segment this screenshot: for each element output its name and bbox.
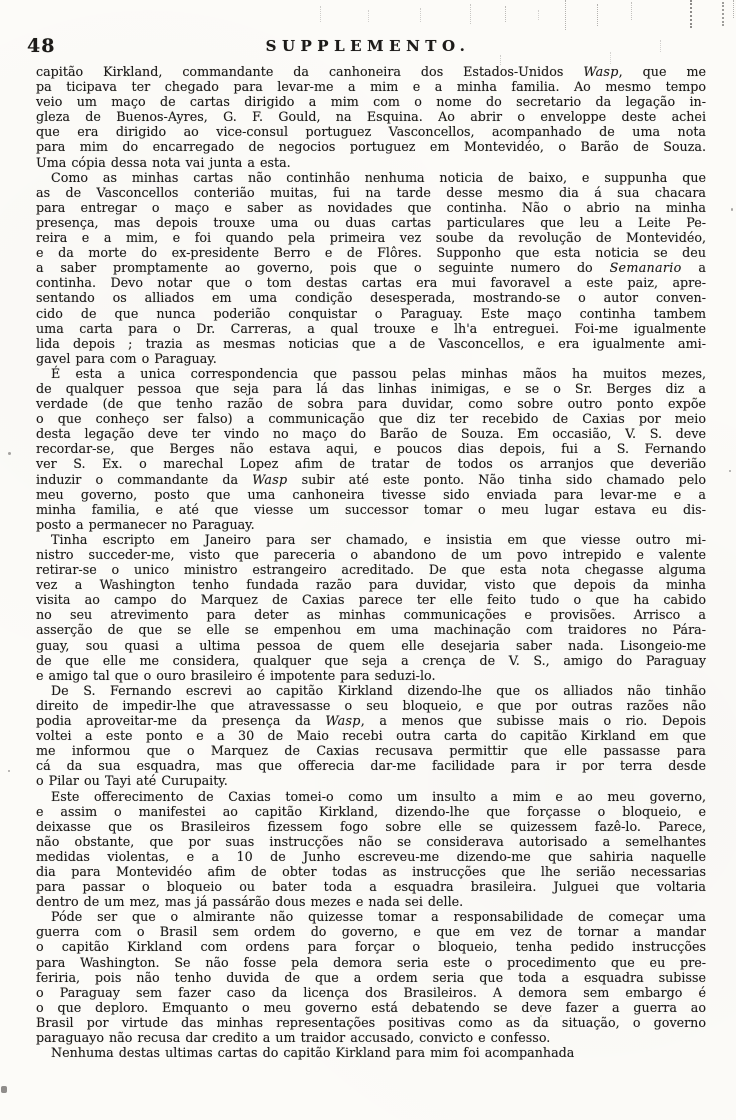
text-line: recordar-se, que Berges não estava aqui,… xyxy=(36,441,706,456)
scan-artifact xyxy=(733,0,734,18)
scan-artifact xyxy=(565,0,566,30)
paragraph: Nenhuma destas ultimas cartas do capitão… xyxy=(36,1045,706,1060)
scanned-document-page: 48 SUPPLEMENTO. capitão Kirkland, comman… xyxy=(0,0,736,1120)
text-line: guerra com o Brasil sem ordem do governo… xyxy=(36,924,706,939)
text-line: e assim o manifestei ao capitão Kirkland… xyxy=(36,804,706,819)
text-line: me informou que o Marquez de Caxias recu… xyxy=(36,743,706,758)
scan-speck xyxy=(8,770,10,772)
scan-artifact xyxy=(722,2,724,26)
text-line: dentro de um mez, mas já passárão dous m… xyxy=(36,894,706,909)
page-header-title: SUPPLEMENTO. xyxy=(0,34,736,55)
running-header: 48 SUPPLEMENTO. xyxy=(0,34,736,60)
text-line: asserção de que se elle se empenhou em u… xyxy=(36,622,706,637)
paragraph: Como as minhas cartas não continhão nenh… xyxy=(36,170,706,366)
text-line: sentando os alliados em uma condição des… xyxy=(36,290,706,305)
text-line: de que elle me considera, qualquer que s… xyxy=(36,653,706,668)
paragraph: De S. Fernando escrevi ao capitão Kirkla… xyxy=(36,683,706,789)
text-line: nistro succeder-me, visto que pareceria … xyxy=(36,547,706,562)
text-line: no seu atrevimento para deter as minhas … xyxy=(36,607,706,622)
text-line: É esta a unica correspondencia que passo… xyxy=(36,366,706,381)
scan-speck xyxy=(729,470,731,472)
text-line: posto a permanecer no Paraguay. xyxy=(36,517,706,532)
text-line: presença, mas depois trouxe uma ou duas … xyxy=(36,215,706,230)
text-line: direito de impedir-lhe que atravessasse … xyxy=(36,698,706,713)
text-line: desta legação deve ter vindo no maço do … xyxy=(36,426,706,441)
text-line: capitão Kirkland, commandante da canhone… xyxy=(36,64,706,79)
text-line: para Washington. Se não fosse pela demor… xyxy=(36,955,706,970)
text-line: vez a Washington tenho fundada razão par… xyxy=(36,577,706,592)
scan-artifact xyxy=(470,4,471,24)
text-line: para passar o bloqueio ou bater toda a e… xyxy=(36,879,706,894)
text-line: visita ao campo do Marquez de Caxias par… xyxy=(36,592,706,607)
paragraph: Tinha escripto em Janeiro para ser chama… xyxy=(36,532,706,683)
text-line: medidas violentas, e a 10 de Junho escre… xyxy=(36,849,706,864)
text-line: Este offerecimento de Caxias tomei-o com… xyxy=(36,789,706,804)
scan-artifact xyxy=(597,4,598,26)
text-line: o Pilar ou Tayi até Curupaity. xyxy=(36,773,706,788)
scan-artifact xyxy=(631,2,632,20)
text-line: de qualquer pessoa que seja para lá das … xyxy=(36,381,706,396)
scan-artifact xyxy=(368,10,369,22)
text-line: guay, sou quasi a ultima pessoa de quem … xyxy=(36,638,706,653)
text-line: para mim do encarregado de negocios port… xyxy=(36,139,706,154)
text-line: e amigo tal que o ouro brasileiro é impo… xyxy=(36,668,706,683)
text-line: cá da sua esquadra, mas que offerecia da… xyxy=(36,758,706,773)
text-line: De S. Fernando escrevi ao capitão Kirkla… xyxy=(36,683,706,698)
scan-artifact xyxy=(538,10,539,20)
paragraph: capitão Kirkland, commandante da canhone… xyxy=(36,64,706,170)
text-line: gleza de Buenos-Ayres, G. F. Gould, na E… xyxy=(36,109,706,124)
text-line: uma carta para o Dr. Carreras, a qual tr… xyxy=(36,321,706,336)
text-line: gavel para com o Paraguay. xyxy=(36,351,706,366)
text-line: reira e a mim, e foi quando pela primeir… xyxy=(36,230,706,245)
scan-speck xyxy=(1,1086,7,1093)
text-line: dia para Montevidéo afim de obter todas … xyxy=(36,864,706,879)
text-line: Uma cópia dessa nota vai junta a esta. xyxy=(36,155,706,170)
paragraph: É esta a unica correspondencia que passo… xyxy=(36,366,706,532)
text-line: minha familia, e até que viesse um succe… xyxy=(36,502,706,517)
text-line: o que deploro. Emquanto o meu governo es… xyxy=(36,1000,706,1015)
text-line: Tinha escripto em Janeiro para ser chama… xyxy=(36,532,706,547)
text-line: o que conheço ser falso) a communicação … xyxy=(36,411,706,426)
text-line: meu governo, posto que uma canhoneira ti… xyxy=(36,487,706,502)
text-line: induzir o commandante da Wasp subir até … xyxy=(36,472,706,487)
text-line: feriria, pois não tenho duvida de que a … xyxy=(36,970,706,985)
scan-artifact xyxy=(690,0,692,28)
scan-artifact xyxy=(320,6,321,22)
text-line: o capitão Kirkland com ordens para força… xyxy=(36,939,706,954)
text-block: capitão Kirkland, commandante da canhone… xyxy=(36,64,706,1060)
paragraph: Este offerecimento de Caxias tomei-o com… xyxy=(36,789,706,910)
text-line: Nenhuma destas ultimas cartas do capitão… xyxy=(36,1045,706,1060)
text-line: que era dirigido ao vice-consul portugue… xyxy=(36,124,706,139)
page-number: 48 xyxy=(27,35,55,57)
text-line: Brasil por virtude das minhas representa… xyxy=(36,1015,706,1030)
text-line: cido de que nunca poderião conquistar o … xyxy=(36,306,706,321)
text-line: podia aproveitar-me da presença da Wasp,… xyxy=(36,713,706,728)
text-line: a saber promptamente ao governo, pois qu… xyxy=(36,260,706,275)
scan-speck xyxy=(731,208,733,211)
paragraph: Póde ser que o almirante não quizesse to… xyxy=(36,909,706,1045)
text-line: lida depois ; trazia as mesmas noticias … xyxy=(36,336,706,351)
text-line: Como as minhas cartas não continhão nenh… xyxy=(36,170,706,185)
text-line: pa ticipava ter chegado para levar-me a … xyxy=(36,79,706,94)
text-line: verdade (de que tenho razão de sobra par… xyxy=(36,396,706,411)
text-line: Póde ser que o almirante não quizesse to… xyxy=(36,909,706,924)
scan-speck xyxy=(8,452,11,455)
scan-artifact xyxy=(505,6,506,22)
text-line: veio um maço de cartas dirigido a mim co… xyxy=(36,94,706,109)
scan-artifact xyxy=(420,8,421,22)
text-line: retirar-se o unico ministro estrangeiro … xyxy=(36,562,706,577)
text-line: continha. Devo notar que o tom destas ca… xyxy=(36,275,706,290)
text-line: paraguayo não recusa dar credito a um tr… xyxy=(36,1030,706,1045)
text-line: as de Vasconcellos conterião muitas, fui… xyxy=(36,185,706,200)
text-line: deixasse que os Brasileiros fizessem fog… xyxy=(36,819,706,834)
text-line: o Paraguay sem fazer caso da licença dos… xyxy=(36,985,706,1000)
text-line: voltei a este ponto e a 30 de Maio receb… xyxy=(36,728,706,743)
text-line: não obstante, que por suas instrucções n… xyxy=(36,834,706,849)
text-line: e da morte do ex-presidente Berro e de F… xyxy=(36,245,706,260)
text-line: ver S. Ex. o marechal Lopez afim de trat… xyxy=(36,456,706,471)
text-line: para entregar o maço e saber as novidade… xyxy=(36,200,706,215)
